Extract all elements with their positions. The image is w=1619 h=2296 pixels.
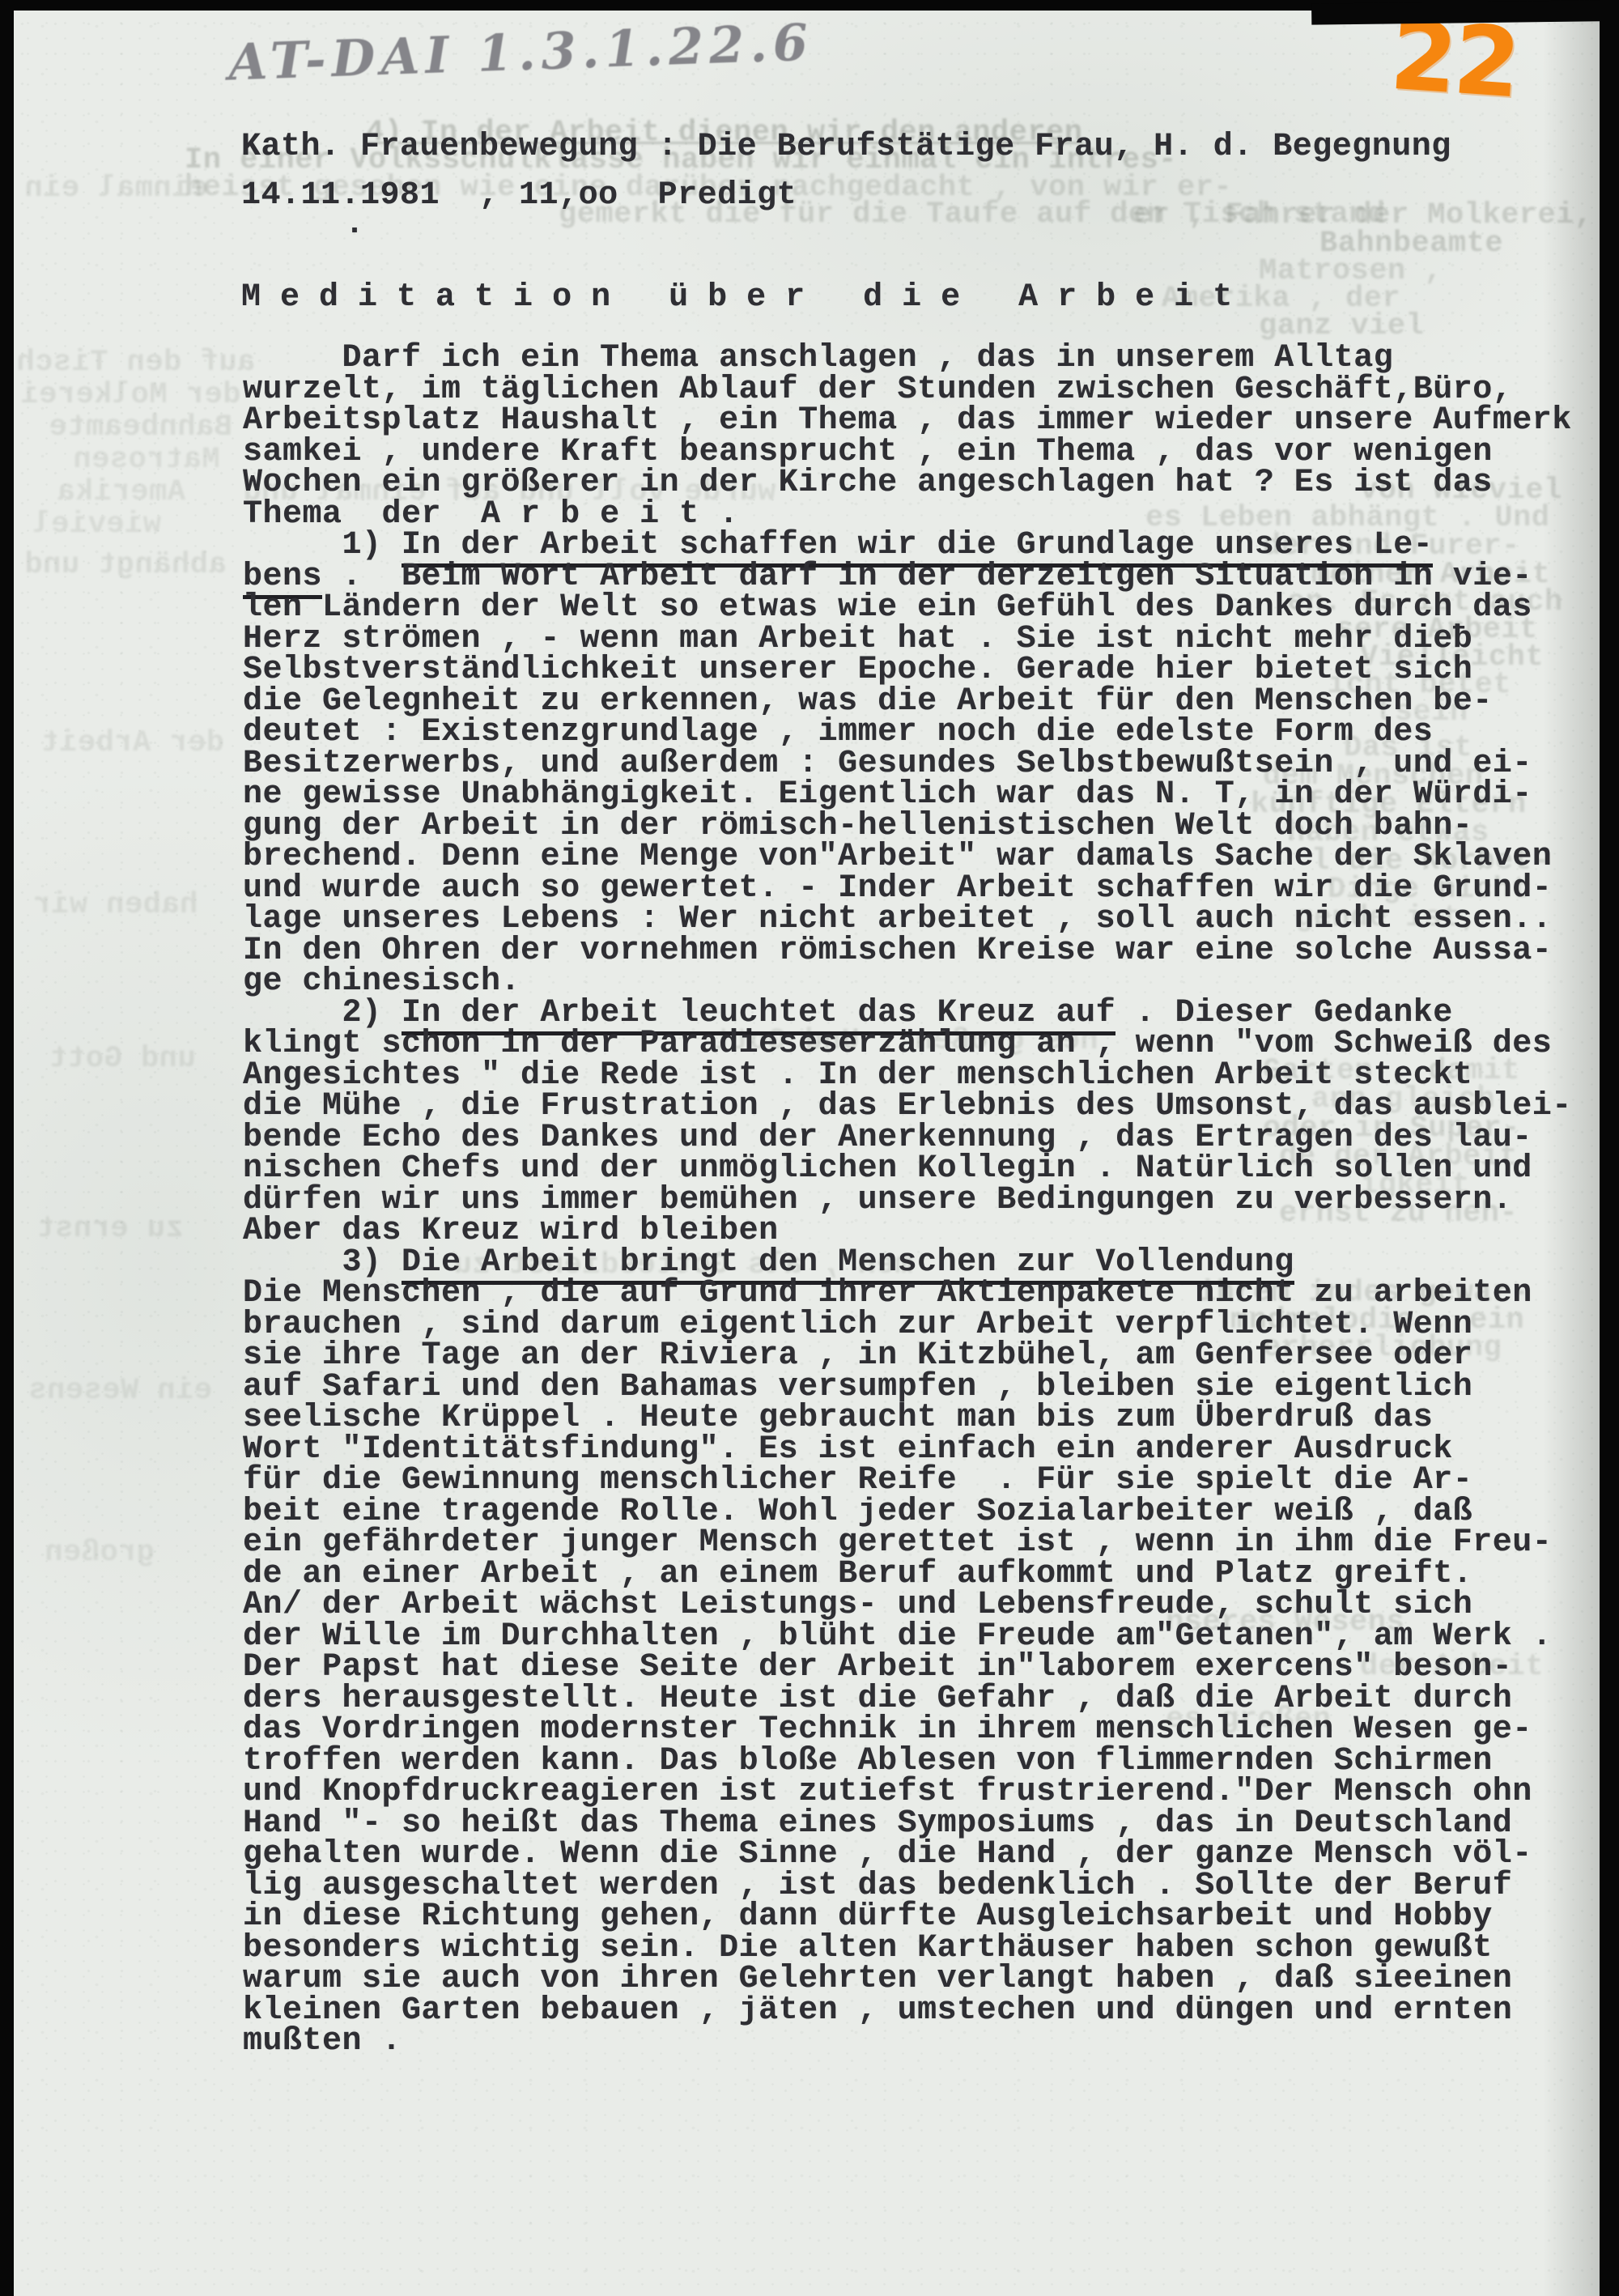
doc-line: Aber das Kreuz wird bleiben xyxy=(243,1216,1572,1248)
doc-line: mußten . xyxy=(243,2026,1572,2058)
typed-text: kleinen Garten bebauen , jäten , umstech… xyxy=(243,1992,1512,2029)
doc-line: für die Gewinnung menschlicher Reife . F… xyxy=(243,1465,1572,1497)
scanned-document-page: { "page": { "paper_color": "#e9ece8", "i… xyxy=(0,0,1619,2296)
doc-line: die Gelegnheit zu erkennen, was die Arbe… xyxy=(243,687,1572,718)
header-line: 14.11.1981 , 11,oo Predigt xyxy=(241,172,1451,220)
doc-line: Der Papst hat diese Seite der Arbeit in"… xyxy=(243,1652,1572,1684)
doc-line: und wurde auch so gewertet. - Inder Arbe… xyxy=(243,874,1572,905)
doc-line: Arbeitsplatz Haushalt , ein Thema , das … xyxy=(243,406,1572,437)
doc-line: seelische Krüppel . Heute gebraucht man … xyxy=(243,1403,1572,1435)
doc-line: der Wille im Durchhalten , blüht die Fre… xyxy=(243,1622,1572,1653)
scan-edge-right xyxy=(1600,0,1619,2296)
doc-line: das Vordringen modernster Technik in ihr… xyxy=(243,1715,1572,1746)
doc-line: In den Ohren der vornehmen römischen Kre… xyxy=(243,936,1572,967)
doc-line: brauchen , sind darum eigentlich zur Arb… xyxy=(243,1310,1572,1341)
doc-line: Wochen ein größerer in der Kirche angesc… xyxy=(243,468,1572,500)
bleedthrough-fragment: auf den Tisch xyxy=(16,348,255,378)
doc-line: Hand "- so heißt das Thema eines Symposi… xyxy=(243,1809,1572,1840)
bleedthrough-fragment: Amerika xyxy=(57,478,185,508)
doc-line: len Ländern der Welt so etwas wie ein Ge… xyxy=(243,593,1572,624)
scan-edge-top-right xyxy=(1311,0,1619,25)
doc-line: dürfen wir uns immer bemühen , unsere Be… xyxy=(243,1185,1572,1217)
doc-line: bens . Beim Wort Arbeit darf in der derz… xyxy=(243,562,1572,593)
bleedthrough-fragment: der Molkerei xyxy=(20,381,240,410)
doc-line: warum sie auch von ihren Gelehrten verla… xyxy=(243,1964,1572,1996)
doc-line: beit eine tragende Rolle. Wohl jeder Soz… xyxy=(243,1497,1572,1529)
scan-shadow-right xyxy=(1543,0,1600,2296)
doc-line: brechend. Denn eine Menge von"Arbeit" wa… xyxy=(243,842,1572,874)
header-line: Kath. Frauenbewegung : Die Berufstätige … xyxy=(241,123,1451,172)
doc-line: auf Safari und den Bahamas versumpfen , … xyxy=(243,1372,1572,1404)
bleedthrough-fragment: abhängt und xyxy=(24,551,227,580)
doc-line: de an einer Arbeit , an einem Beruf aufk… xyxy=(243,1559,1572,1591)
doc-line: wurzelt, im täglichen Ablauf der Stunden… xyxy=(243,375,1572,406)
document-header: Kath. Frauenbewegung : Die Berufstätige … xyxy=(241,123,1451,220)
document-title: M e d i t a t i o n ü b e r d i e A r b … xyxy=(241,280,1232,316)
bleedthrough-fragment: wieviel xyxy=(32,510,161,540)
doc-line: klingt schon in der Paradieseserzählung … xyxy=(243,1029,1572,1061)
doc-line: gung der Arbeit in der römisch-hellenist… xyxy=(243,811,1572,843)
doc-line: deutet : Existenzgrundlage , immer noch … xyxy=(243,717,1572,749)
bleedthrough-fragment: und Gott xyxy=(49,1044,196,1074)
doc-line: Die Menschen , die auf Grund ihrer Aktie… xyxy=(243,1278,1572,1310)
doc-line: nischen Chefs und der unmöglichen Kolleg… xyxy=(243,1154,1572,1185)
doc-line: besonders wichtig sein. Die alten Karthä… xyxy=(243,1933,1572,1965)
doc-line: Wort "Identitätsfindung". Es ist einfach… xyxy=(243,1435,1572,1466)
doc-line: lage unseres Lebens : Wer nicht arbeitet… xyxy=(243,904,1572,936)
doc-line: in diese Richtung gehen, dann dürfte Aus… xyxy=(243,1902,1572,1933)
doc-line: 1) In der Arbeit schaffen wir die Grundl… xyxy=(243,530,1572,562)
doc-line: 2) In der Arbeit leuchtet das Kreuz auf … xyxy=(243,998,1572,1030)
doc-line: samkei , undere Kraft beansprucht , ein … xyxy=(243,437,1572,469)
scan-edge-left xyxy=(0,0,14,2296)
bleedthrough-fragment: der Arbeit xyxy=(40,729,224,759)
doc-line: Besitzerwerbs, und außerdem : Gesundes S… xyxy=(243,749,1572,780)
doc-line: Herz strömen , - wenn man Arbeit hat . S… xyxy=(243,624,1572,656)
doc-line: An/ der Arbeit wächst Leistungs- und Leb… xyxy=(243,1590,1572,1622)
bleedthrough-fragment: haben wir xyxy=(32,891,198,921)
typed-text: mußten . xyxy=(243,2023,402,2060)
doc-line: ge chinesisch. xyxy=(243,967,1572,998)
bleedthrough-fragment: zu ernst xyxy=(36,1214,184,1244)
doc-line: ein gefährdeter junger Mensch gerettet i… xyxy=(243,1528,1572,1559)
bleedthrough-fragment: Matrosen xyxy=(73,445,220,475)
doc-line: bende Echo des Dankes und der Anerkennun… xyxy=(243,1123,1572,1154)
doc-line: und Knopfdruckreagieren ist zutiefst fru… xyxy=(243,1777,1572,1809)
doc-line: troffen werden kann. Das bloße Ablesen v… xyxy=(243,1746,1572,1778)
bleedthrough-fragment: Bahnbeamte xyxy=(49,413,232,443)
doc-line: ders herausgestellt. Heute ist die Gefah… xyxy=(243,1684,1572,1716)
doc-line: kleinen Garten bebauen , jäten , umstech… xyxy=(243,1996,1572,2027)
typed-body: Darf ich ein Thema anschlagen , das in u… xyxy=(243,343,1572,2058)
doc-line: ne gewisse Unabhängigkeit. Eigentlich wa… xyxy=(243,780,1572,811)
bleedthrough-fragment: ganz viel xyxy=(1259,312,1424,342)
doc-line: Darf ich ein Thema anschlagen , das in u… xyxy=(243,343,1572,375)
doc-line: Angesichtes " die Rede ist . In der mens… xyxy=(243,1061,1572,1092)
doc-line: 3) Die Arbeit bringt den Menschen zur Vo… xyxy=(243,1248,1572,1279)
bleedthrough-fragment: einmal ein xyxy=(24,174,208,204)
doc-line: lig ausgeschaltet werden , ist das beden… xyxy=(243,1871,1572,1903)
bleedthrough-fragment: großen xyxy=(45,1538,155,1568)
bleedthrough-fragment: ein Wesens xyxy=(28,1376,212,1406)
doc-line: gehalten wurde. Wenn die Sinne , die Han… xyxy=(243,1839,1572,1871)
doc-line: sie ihre Tage an der Riviera , in Kitzbü… xyxy=(243,1341,1572,1372)
typed-period-mark: . xyxy=(345,209,364,241)
doc-line: Selbstverständlichkeit unserer Epoche. G… xyxy=(243,655,1572,687)
doc-line: Thema der A r b e i t . xyxy=(243,500,1572,531)
doc-line: die Mühe , die Frustration , das Erlebni… xyxy=(243,1091,1572,1123)
